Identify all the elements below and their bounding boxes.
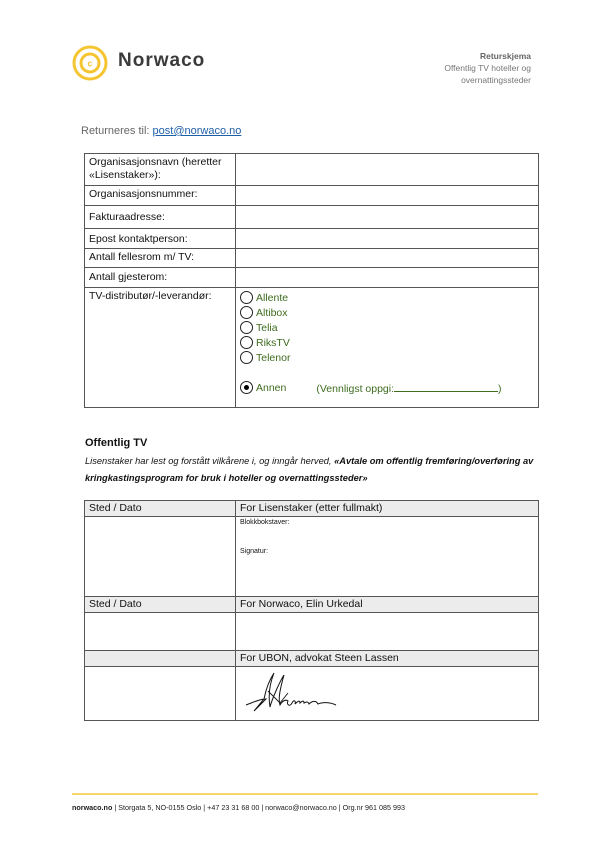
distributor-radio-group: Allente Altibox Telia RiksTV Telenor A	[236, 288, 539, 408]
licensee-info-table: Organisasjonsnavn (heretter «Lisenstaker…	[84, 153, 539, 408]
handwritten-signature-icon	[240, 669, 350, 715]
form-label: Antall gjesterom:	[85, 268, 236, 288]
radio-icon	[240, 321, 253, 334]
table-row	[85, 613, 539, 651]
empty-header-cell	[85, 651, 236, 667]
document-heading: Returskjema Offentlig TV hoteller og ove…	[444, 50, 531, 86]
norwaco-logo-icon: c	[72, 45, 108, 81]
table-row: Sted / Dato For Norwaco, Elin Urkedal	[85, 597, 539, 613]
radio-icon	[240, 336, 253, 349]
radio-option-annen[interactable]: Annen (Vennligst oppgi:)	[240, 380, 534, 395]
svg-text:c: c	[87, 59, 92, 69]
doc-subtitle-2: overnattingssteder	[444, 74, 531, 86]
signature-table: Sted / Dato For Lisenstaker (etter fullm…	[84, 500, 539, 721]
form-row: Organisasjonsnummer:	[85, 186, 539, 206]
form-row: Epost kontaktperson:	[85, 229, 539, 249]
organisation-name-field[interactable]	[236, 154, 539, 186]
ubon-header: For UBON, advokat Steen Lassen	[236, 651, 539, 667]
place-date-header: Sted / Dato	[85, 501, 236, 517]
radio-icon	[240, 291, 253, 304]
radio-option-altibox[interactable]: Altibox	[240, 305, 534, 320]
form-label: Organisasjonsnummer:	[85, 186, 236, 206]
radio-label: Telenor	[256, 352, 290, 364]
radio-option-telenor[interactable]: Telenor	[240, 350, 534, 365]
form-row: TV-distributør/-leverandør: Allente Alti…	[85, 288, 539, 408]
footer: norwaco.no | Storgata 5, NO-0155 Oslo | …	[72, 803, 405, 812]
signature-label: Signatur:	[240, 548, 534, 555]
radio-icon	[240, 351, 253, 364]
footer-divider	[72, 793, 538, 795]
form-row: Fakturaadresse:	[85, 206, 539, 229]
form-row: Organisasjonsnavn (heretter «Lisenstaker…	[85, 154, 539, 186]
table-row: Sted / Dato For Lisenstaker (etter fullm…	[85, 501, 539, 517]
licensee-header: For Lisenstaker (etter fullmakt)	[236, 501, 539, 517]
invoice-address-field[interactable]	[236, 206, 539, 229]
place-date-header: Sted / Dato	[85, 597, 236, 613]
other-note: (Vennligst oppgi:)	[316, 381, 501, 395]
radio-label: RiksTV	[256, 337, 290, 349]
return-email-link[interactable]: post@norwaco.no	[153, 125, 242, 137]
radio-option-allente[interactable]: Allente	[240, 290, 534, 305]
footer-details: | Storgata 5, NO-0155 Oslo | +47 23 31 6…	[112, 803, 405, 812]
radio-option-rikstv[interactable]: RiksTV	[240, 335, 534, 350]
norwaco-place-date-field[interactable]	[85, 613, 236, 651]
contact-email-field[interactable]	[236, 229, 539, 249]
radio-label: Telia	[256, 322, 278, 334]
guest-rooms-field[interactable]	[236, 268, 539, 288]
form-label: Antall fellesrom m/ TV:	[85, 249, 236, 268]
form-label: Epost kontaktperson:	[85, 229, 236, 249]
form-label: Fakturaadresse:	[85, 206, 236, 229]
licensee-signature-cell[interactable]: Blokkbokstaver: Signatur:	[236, 517, 539, 597]
form-row: Antall gjesterom:	[85, 268, 539, 288]
section-title: Offentlig TV	[85, 437, 147, 449]
radio-label: Altibox	[256, 307, 288, 319]
return-label: Returneres til:	[81, 125, 149, 137]
table-row: For UBON, advokat Steen Lassen	[85, 651, 539, 667]
radio-option-telia[interactable]: Telia	[240, 320, 534, 335]
footer-site: norwaco.no	[72, 803, 112, 812]
return-address: Returneres til: post@norwaco.no	[81, 125, 241, 137]
radio-icon	[240, 306, 253, 319]
radio-selected-icon	[240, 381, 253, 394]
form-row: Antall fellesrom m/ TV:	[85, 249, 539, 268]
doc-type: Returskjema	[444, 50, 531, 62]
block-letters-label: Blokkbokstaver:	[240, 519, 534, 526]
radio-label: Annen	[256, 382, 286, 394]
norwaco-header: For Norwaco, Elin Urkedal	[236, 597, 539, 613]
licensee-place-date-field[interactable]	[85, 517, 236, 597]
agreement-text: Lisenstaker har lest og forstått vilkåre…	[85, 453, 545, 487]
brand-name: Norwaco	[118, 50, 205, 72]
ubon-place-date-field	[85, 667, 236, 721]
norwaco-signature-field[interactable]	[236, 613, 539, 651]
ubon-signature-cell	[236, 667, 539, 721]
common-rooms-field[interactable]	[236, 249, 539, 268]
radio-label: Allente	[256, 292, 288, 304]
other-distributor-field[interactable]	[394, 381, 498, 392]
organisation-number-field[interactable]	[236, 186, 539, 206]
table-row: Blokkbokstaver: Signatur:	[85, 517, 539, 597]
table-row	[85, 667, 539, 721]
doc-subtitle-1: Offentlig TV hoteller og	[444, 62, 531, 74]
form-label: TV-distributør/-leverandør:	[85, 288, 236, 408]
form-label: Organisasjonsnavn (heretter «Lisenstaker…	[85, 154, 236, 186]
